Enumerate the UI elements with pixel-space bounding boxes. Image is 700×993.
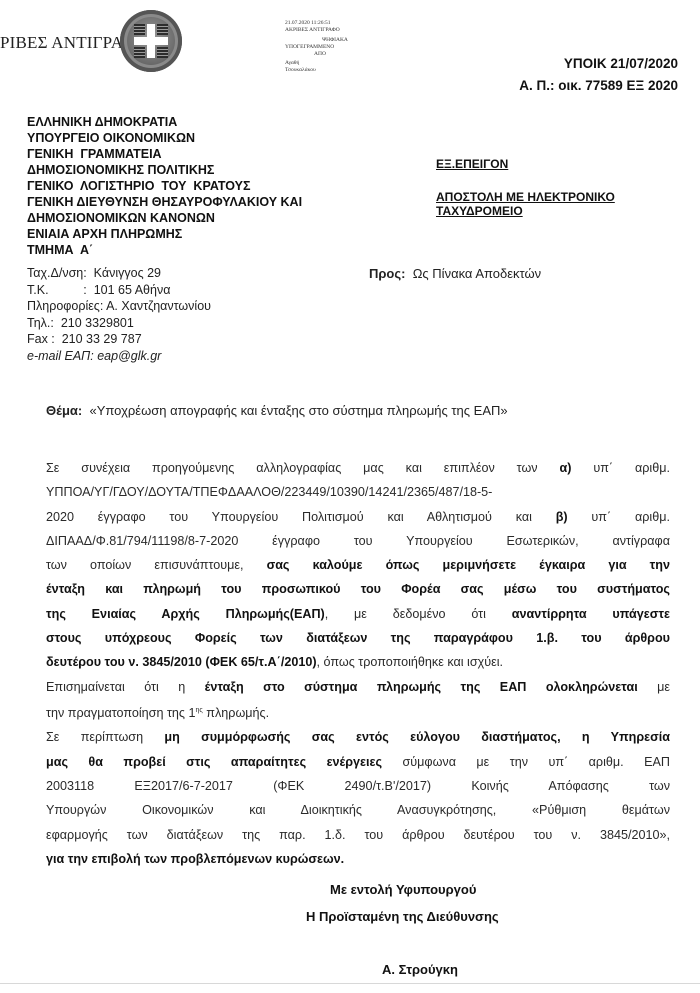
signature-title: Η Προϊσταμένη της Διεύθυνσης [0,909,700,924]
body-line: ΥΠΠΟΑ/ΥΓ/ΓΔΟΥ/ΔΟΥΤΑ/ΤΠΕΦΔΑΑΛΟΘ/223449/10… [46,480,670,504]
body-paragraph-3: Σε περίπτωση μη συμμόρφωσής σας εντός εύ… [46,725,670,871]
body-line: Σε περίπτωση μη συμμόρφωσής σας εντός εύ… [46,725,670,749]
signature-line1: ΨΗΦΙΑΚΑ [285,37,385,44]
body-line: των οποίων επισυνάπτουμε, σας καλούμε όπ… [46,553,670,577]
body-line: 2020 έγγραφο του Υπουργείου Πολιτισμού κ… [46,505,670,529]
postal-code: Τ.Κ. : 101 65 Αθήνα [27,282,211,299]
text: ΥΠΠΟΑ/ΥΓ/ΓΔΟΥ/ΔΟΥΤΑ/ΤΠΕΦΔΑΑΛΟΘ/223449/10… [46,485,492,499]
document-reference: ΥΠΟΙΚ 21/07/2020 Α. Π.: οικ. 77589 ΕΞ 20… [519,53,678,97]
body-line: Επισημαίνεται ότι η ένταξη στο σύστημα π… [46,675,670,699]
email-label: e-mail ΕΑΠ: [27,349,94,363]
postal-address: Ταχ.Δ/νση: Κάνιγγος 29 [27,265,211,282]
bold-text: της Ενιαίας Αρχής Πληρωμής(ΕΑΠ) [46,607,325,621]
body-line: ΔΙΠΑΑΔ/Φ.81/794/11198/8-7-2020 έγγραφο τ… [46,529,670,553]
body-line: 2003118 ΕΞ2017/6-7-2017 (ΦΕΚ 2490/τ.Β'/2… [46,774,670,798]
body-line: την πραγματοποίηση της 1ης πληρωμής. [46,699,670,725]
body-line: Σε συνέχεια προηγούμενης αλληλογραφίας μ… [46,456,670,480]
body-paragraph-2: Επισημαίνεται ότι η ένταξη στο σύστημα π… [46,675,670,726]
text: υπ΄ αριθμ. [571,461,670,475]
signature-line3: ΑΠΟ [285,51,355,58]
authority-line: ΤΜΗΜΑ Α΄ [27,242,302,258]
signature-certified: ΑΚΡΙΒΕΣ ΑΝΤΙΓΡΑΦΟ [285,27,385,34]
letter-body: Σε συνέχεια προηγούμενης αλληλογραφίας μ… [46,456,670,871]
subject-value: «Υποχρέωση απογραφής και ένταξης στο σύσ… [90,403,508,418]
bold-text: δευτέρου του ν. 3845/2010 (ΦΕΚ 65/τ.Α΄/2… [46,655,317,669]
contact-details: Ταχ.Δ/νση: Κάνιγγος 29 Τ.Κ. : 101 65 Αθή… [27,265,211,364]
text: 2020 έγγραφο του Υπουργείου Πολιτισμού κ… [46,510,556,524]
text: Επισημαίνεται ότι η [46,680,205,694]
text: εφαρμογής των διατάξεων της παρ. 1.δ. το… [46,828,670,842]
body-line: μας θα προβεί στις απαραίτητες ενέργειες… [46,750,670,774]
text: Υπουργών Οικονομικών και Διοικητικής Ανα… [46,803,670,817]
page-divider [0,983,700,984]
issuing-authority: ΕΛΛΗΝΙΚΗ ΔΗΜΟΚΡΑΤΙΑ ΥΠΟΥΡΓΕΙΟ ΟΙΚΟΝΟΜΙΚΩ… [27,114,302,258]
text: , με δεδομένο ότι [325,607,512,621]
body-line: δευτέρου του ν. 3845/2010 (ΦΕΚ 65/τ.Α΄/2… [46,650,670,674]
bold-text: για την επιβολή των προβλεπόμενων κυρώσε… [46,852,344,866]
text: ΔΙΠΑΑΔ/Φ.81/794/11198/8-7-2020 έγγραφο τ… [46,534,670,548]
bold-text: β) [556,510,568,524]
bold-text: στους υπόχρεους Φορείς των διατάξεων της… [46,631,670,645]
text: Σε συνέχεια προηγούμενης αλληλογραφίας μ… [46,461,560,475]
body-line: της Ενιαίας Αρχής Πληρωμής(ΕΑΠ), με δεδο… [46,602,670,626]
bold-text: μας θα προβεί στις απαραίτητες ενέργειες [46,755,382,769]
text: σύμφωνα με την υπ΄ αριθμ. ΕΑΠ [382,755,670,769]
text: , όπως τροποποιήθηκε και ισχύει. [317,655,503,669]
greek-coat-of-arms-icon [120,10,182,72]
bold-text: ένταξη και πληρωμή του προσωπικού του Φο… [46,582,670,596]
signature-line2: ΥΠΟΓΕΓΡΑΜΜΕΝΟ [285,44,385,51]
authority-line: ΓΕΝΙΚΟ ΛΟΓΙΣΤΗΡΙΟ ΤΟΥ ΚΡΑΤΟΥΣ [27,178,302,194]
fax-number: Fax : 210 33 29 787 [27,331,211,348]
text: των οποίων επισυνάπτουμε, [46,558,267,572]
subject-label: Θέμα: [46,403,82,418]
bold-text: σας καλούμε όπως μεριμνήσετε έγκαιρα για… [267,558,670,572]
recipient-value: Ως Πίνακα Αποδεκτών [413,266,541,281]
body-line: Υπουργών Οικονομικών και Διοικητικής Ανα… [46,798,670,822]
signature-datetime: 21.07.2020 11:26:51 [285,20,385,27]
signature-by-order: Με εντολή Υφυπουργού [0,882,700,897]
digital-signature-block: 21.07.2020 11:26:51 ΑΚΡΙΒΕΣ ΑΝΤΙΓΡΑΦΟ ΨΗ… [285,20,385,74]
body-paragraph-1: Σε συνέχεια προηγούμενης αλληλογραφίας μ… [46,456,670,675]
authority-line: ΕΝΙΑΙΑ ΑΡΧΗ ΠΛΗΡΩΜΗΣ [27,226,302,242]
delivery-method: ΑΠΟΣΤΟΛΗ ΜΕ ΗΛΕΚΤΡΟΝΙΚΟ ΤΑΧΥΔΡΟΜΕΙΟ [436,190,676,218]
bold-text: αναντίρρητα υπάγεστε [512,607,670,621]
body-line: στους υπόχρεους Φορείς των διατάξεων της… [46,626,670,650]
phone-number: Τηλ.: 210 3329801 [27,315,211,332]
signatory-name: Α. Στρούγκη [0,962,700,977]
authority-line: ΥΠΟΥΡΓΕΙΟ ΟΙΚΟΝΟΜΙΚΩΝ [27,130,302,146]
bold-text: ένταξη στο σύστημα πληρωμής της ΕΑΠ ολοκ… [205,680,638,694]
text: ης [196,707,203,714]
body-line: για την επιβολή των προβλεπόμενων κυρώσε… [46,847,670,871]
subject: Θέμα: «Υποχρέωση απογραφής και ένταξης σ… [46,403,508,418]
authority-line: ΔΗΜΟΣΙΟΝΟΜΙΚΗΣ ΠΟΛΙΤΙΚΗΣ [27,162,302,178]
bold-text: μη συμμόρφωσής σας εντός εύλογου διαστήμ… [164,730,670,744]
body-line: εφαρμογής των διατάξεων της παρ. 1.δ. το… [46,823,670,847]
authority-line: ΓΕΝΙΚΗ ΓΡΑΜΜΑΤΕΙΑ [27,146,302,162]
signer-name-1: Αγαθή [285,60,385,67]
recipient: Προς: Ως Πίνακα Αποδεκτών [369,266,541,281]
authority-line: ΔΗΜΟΣΙΟΝΟΜΙΚΩΝ ΚΑΝΟΝΩΝ [27,210,302,226]
text: υπ΄ αριθμ. [568,510,670,524]
bold-text: α) [560,461,572,475]
text: με [638,680,670,694]
protocol-number: Α. Π.: οικ. 77589 ΕΞ 2020 [519,75,678,97]
text: πληρωμής. [203,706,269,720]
reference-date: ΥΠΟΙΚ 21/07/2020 [519,53,678,75]
contact-person: Πληροφορίες: Α. Χαντζηαντωνίου [27,298,211,315]
signer-name-2: Τσουκαλάκου [285,67,385,74]
body-line: ένταξη και πληρωμή του προσωπικού του Φο… [46,577,670,601]
urgent-flag: ΕΞ.ΕΠΕΙΓΟΝ [436,157,508,172]
authority-line: ΕΛΛΗΝΙΚΗ ΔΗΜΟΚΡΑΤΙΑ [27,114,302,130]
text: Σε περίπτωση [46,730,164,744]
text: 2003118 ΕΞ2017/6-7-2017 (ΦΕΚ 2490/τ.Β'/2… [46,779,670,793]
email-line: e-mail ΕΑΠ: eap@glk.gr [27,348,211,365]
email-link[interactable]: eap@glk.gr [97,349,161,363]
text: την πραγματοποίηση της 1 [46,706,196,720]
recipient-label: Προς: [369,266,405,281]
authority-line: ΓΕΝΙΚΗ ΔΙΕΥΘΥΝΣΗ ΘΗΣΑΥΡΟΦΥΛΑΚΙΟΥ ΚΑΙ [27,194,302,210]
